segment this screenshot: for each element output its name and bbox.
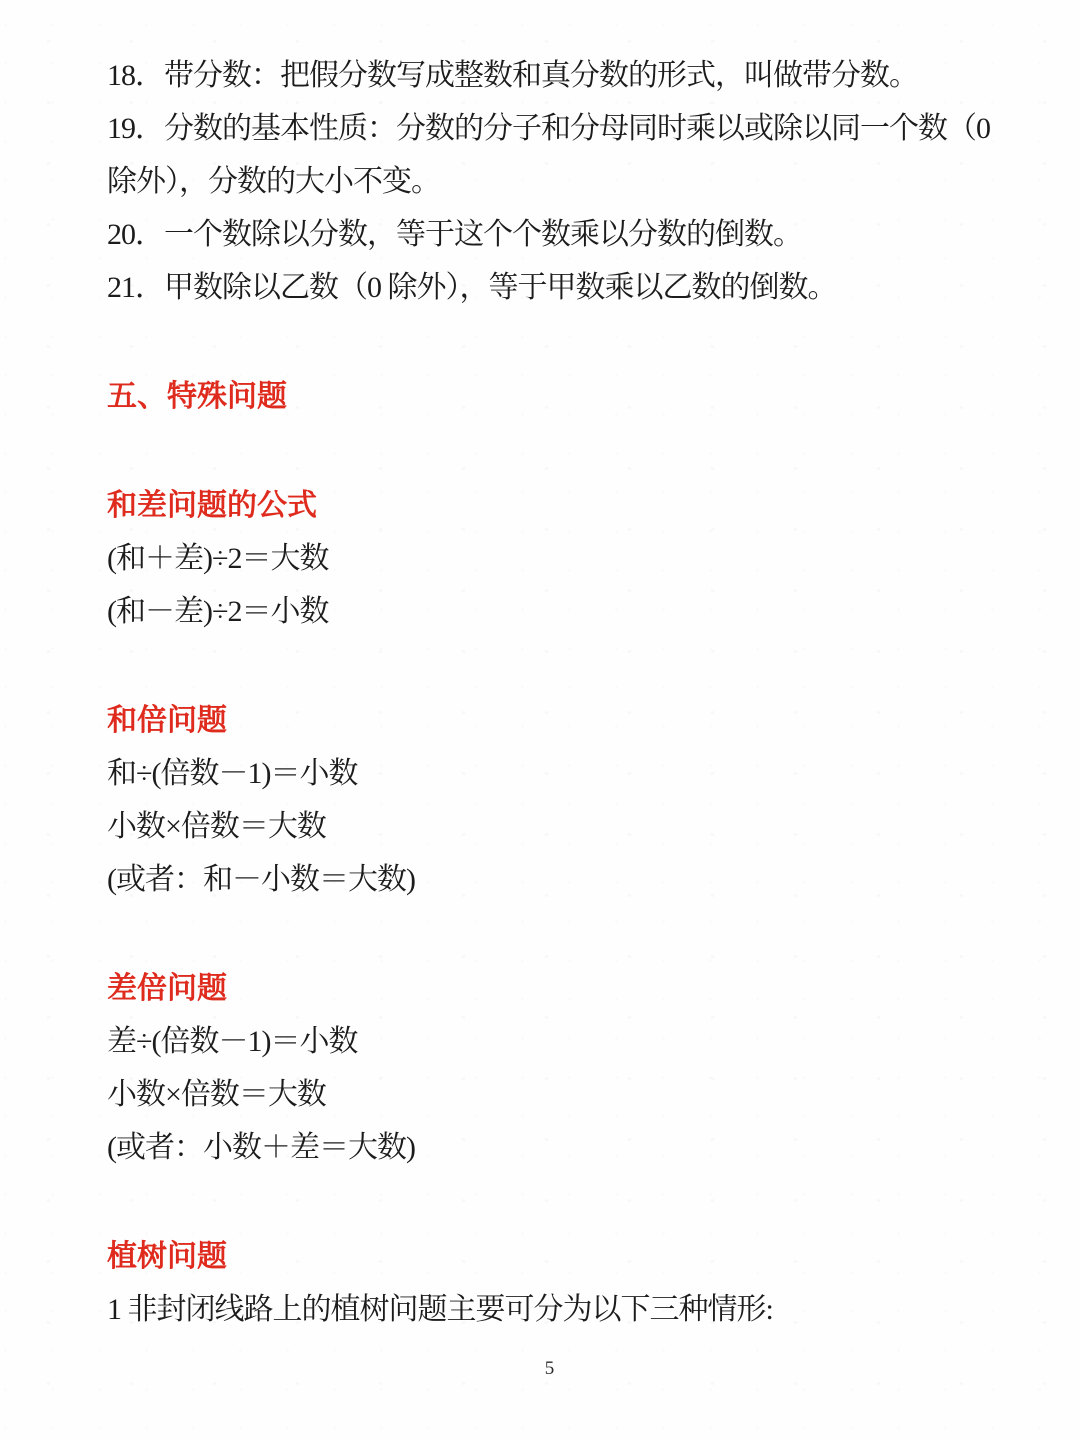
topic-body-line: 1 非封闭线路上的植树问题主要可分为以下三种情形: bbox=[107, 1283, 992, 1336]
topic-heading: 和倍问题 bbox=[107, 694, 992, 747]
formula-line: 小数×倍数＝大数 bbox=[107, 800, 992, 853]
topic-sum-multiple: 和倍问题 和÷(倍数－1)＝小数 小数×倍数＝大数 (或者：和－小数＝大数) bbox=[107, 694, 992, 906]
page-number: 5 bbox=[107, 1342, 992, 1395]
formula-line: (或者：和－小数＝大数) bbox=[107, 853, 992, 906]
topic-heading: 差倍问题 bbox=[107, 962, 992, 1015]
section-title: 五、特殊问题 bbox=[107, 370, 992, 423]
topic-heading: 和差问题的公式 bbox=[107, 479, 992, 532]
formula-line: (和－差)÷2＝小数 bbox=[107, 585, 992, 638]
topic-difference-multiple: 差倍问题 差÷(倍数－1)＝小数 小数×倍数＝大数 (或者：小数＋差＝大数) bbox=[107, 962, 992, 1174]
formula-line: 和÷(倍数－1)＝小数 bbox=[107, 747, 992, 800]
formula-line: 小数×倍数＝大数 bbox=[107, 1068, 992, 1121]
definition-line-19b: 除外），分数的大小不变。 bbox=[107, 155, 992, 208]
formula-line: (和＋差)÷2＝大数 bbox=[107, 532, 992, 585]
definition-line-19a: 19．分数的基本性质：分数的分子和分母同时乘以或除以同一个数（0 bbox=[107, 102, 992, 155]
formula-line: (或者：小数＋差＝大数) bbox=[107, 1121, 992, 1174]
definition-line-21: 21．甲数除以乙数（0 除外），等于甲数乘以乙数的倒数。 bbox=[107, 261, 992, 314]
topic-heading: 植树问题 bbox=[107, 1230, 992, 1283]
definition-line-20: 20．一个数除以分数，等于这个个数乘以分数的倒数。 bbox=[107, 208, 992, 261]
definition-list: 18．带分数：把假分数写成整数和真分数的形式，叫做带分数。 19．分数的基本性质… bbox=[107, 49, 992, 314]
definition-line-18: 18．带分数：把假分数写成整数和真分数的形式，叫做带分数。 bbox=[107, 49, 992, 102]
document-page: 18．带分数：把假分数写成整数和真分数的形式，叫做带分数。 19．分数的基本性质… bbox=[0, 0, 1080, 1439]
topic-tree-planting: 植树问题 1 非封闭线路上的植树问题主要可分为以下三种情形: bbox=[107, 1230, 992, 1336]
topic-sum-difference: 和差问题的公式 (和＋差)÷2＝大数 (和－差)÷2＝小数 bbox=[107, 479, 992, 638]
formula-line: 差÷(倍数－1)＝小数 bbox=[107, 1015, 992, 1068]
